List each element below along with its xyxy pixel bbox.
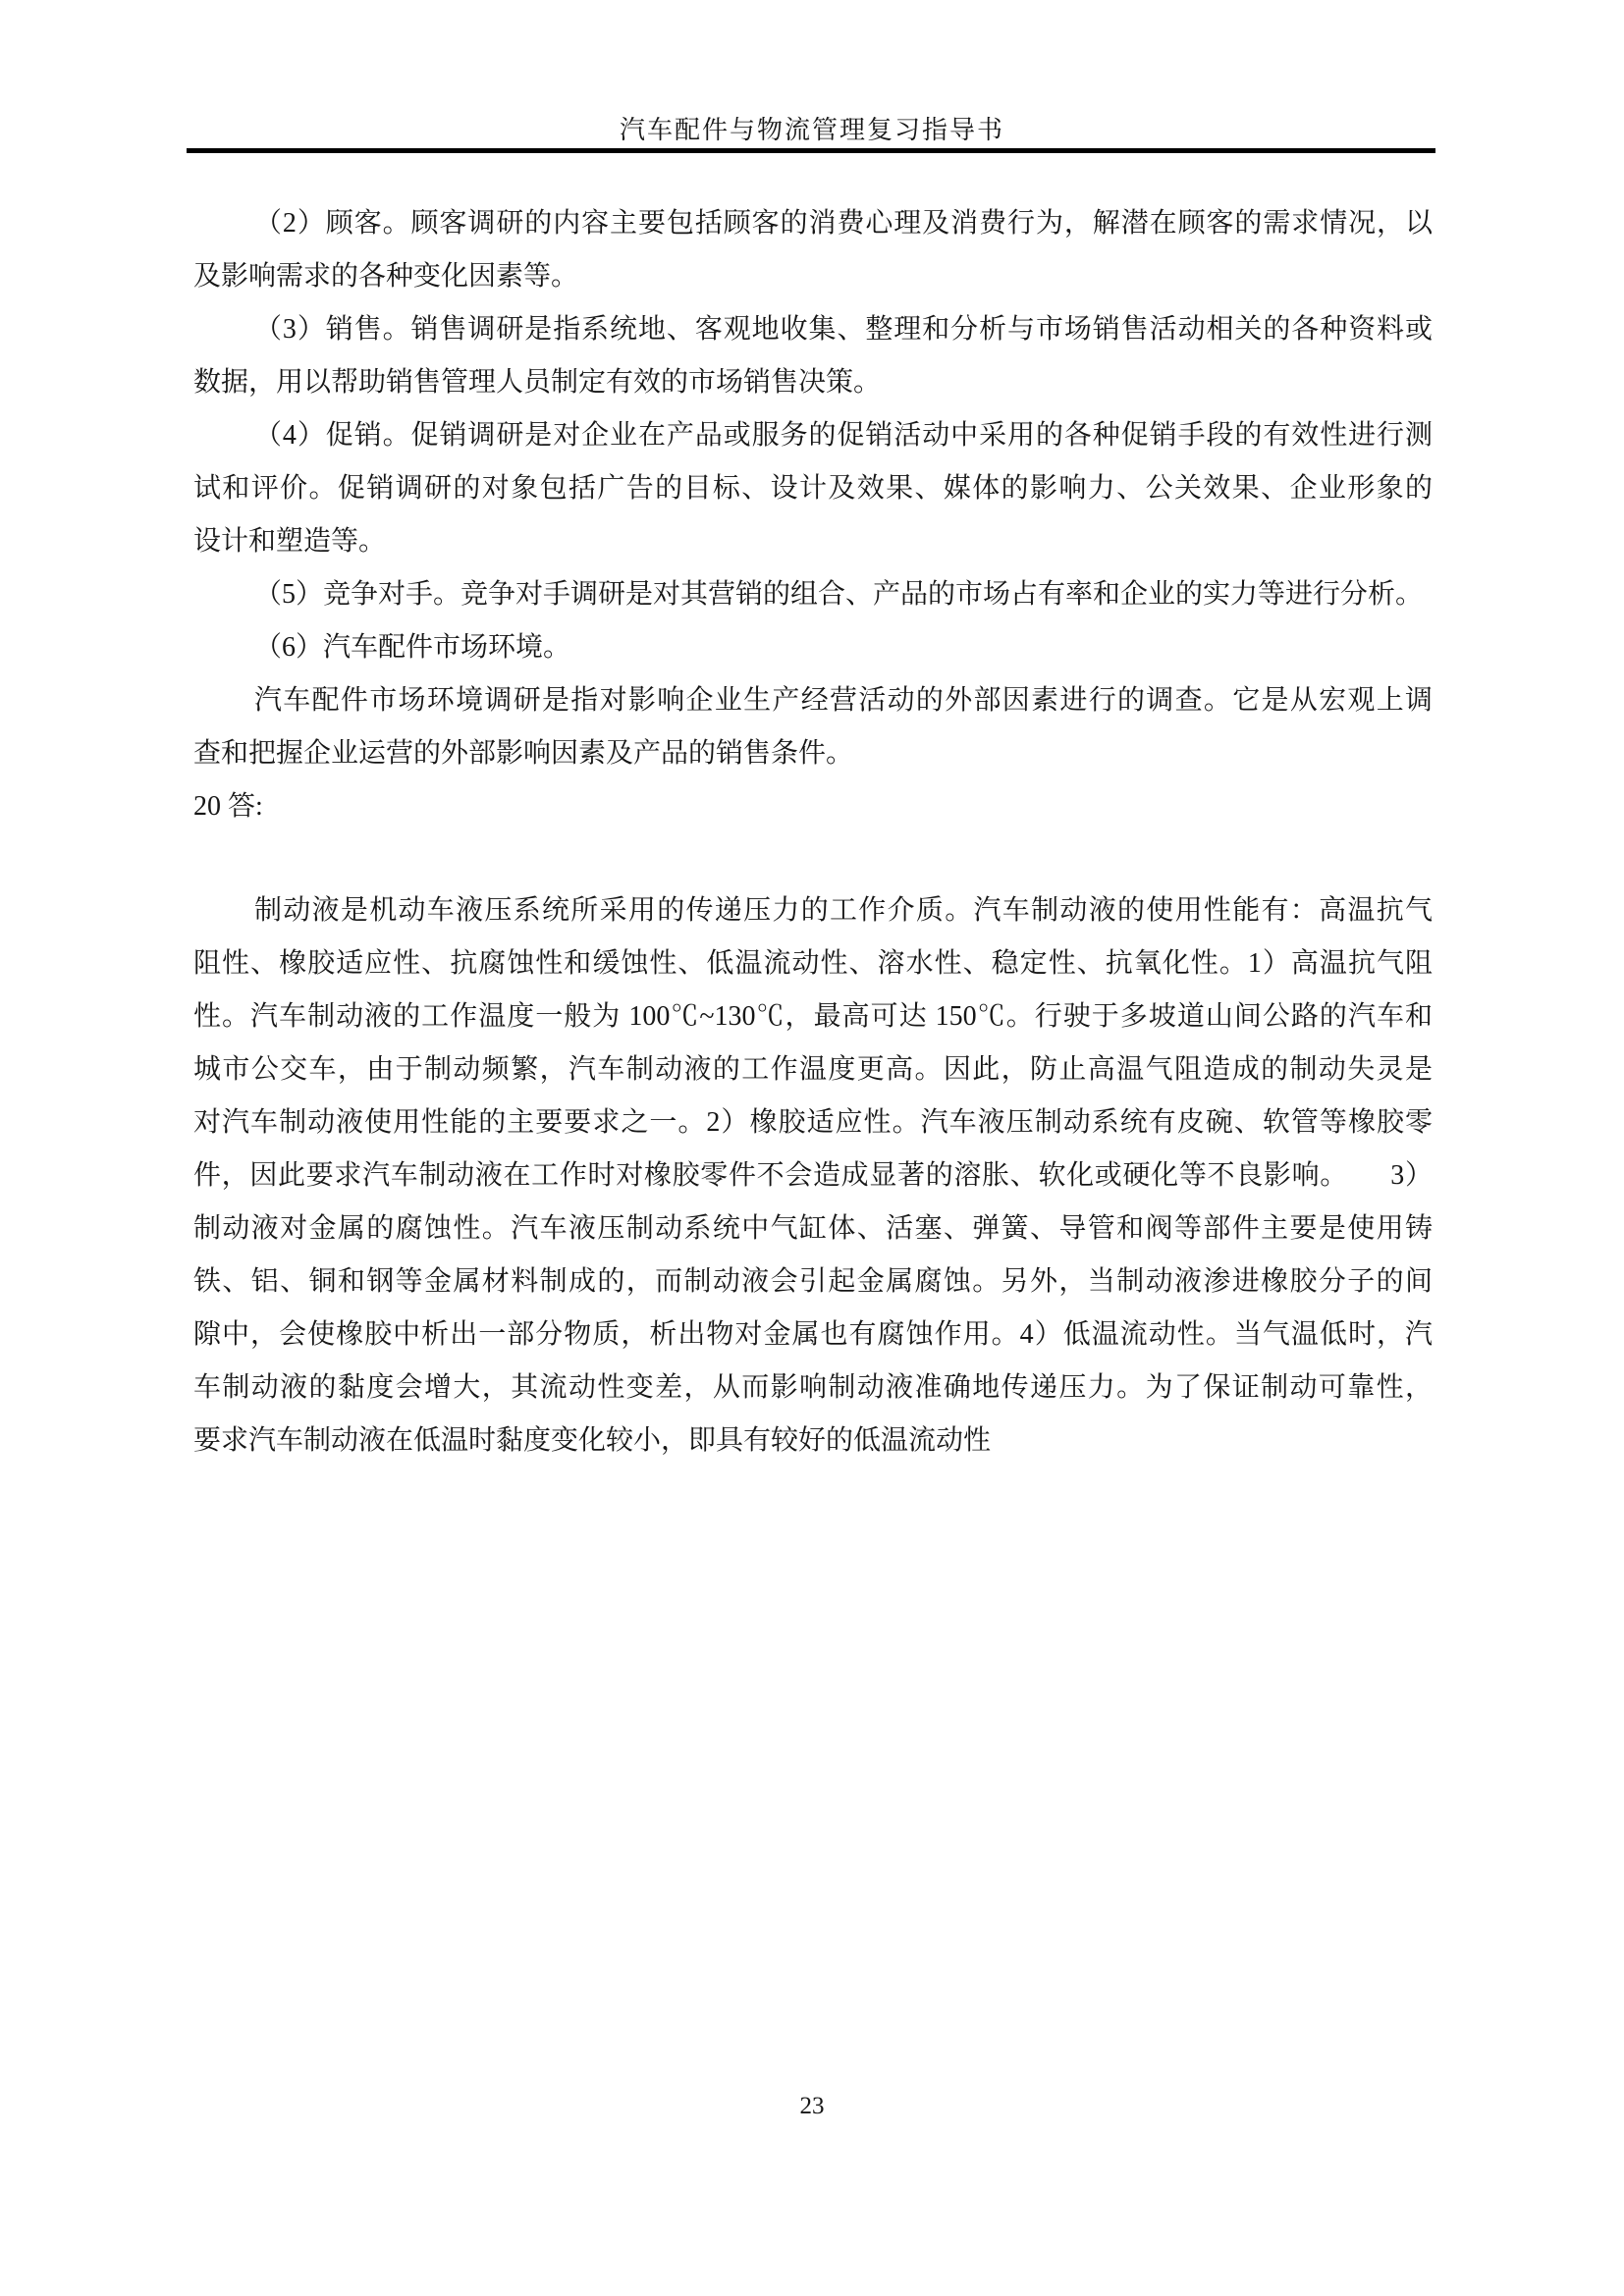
para-item6-market-env: （6）汽车配件市场环境。	[193, 621, 1433, 674]
text-line: 20 答:	[193, 780, 1433, 833]
header-rule	[187, 148, 1435, 153]
text-line: 性。汽车制动液的工作温度一般为 100℃~130℃，最高可达 150℃。行驶于多…	[193, 990, 1433, 1043]
text-line: 对汽车制动液使用性能的主要要求之一。2）橡胶适应性。汽车液压制动系统有皮碗、软管…	[193, 1096, 1433, 1149]
text-line: 制动液是机动车液压系统所采用的传递压力的工作介质。汽车制动液的使用性能有：高温抗…	[193, 884, 1433, 937]
para-item5-competitor: （5）竞争对手。竞争对手调研是对其营销的组合、产品的市场占有率和企业的实力等进行…	[193, 568, 1433, 621]
text-line: （4）促销。促销调研是对企业在产品或服务的促销活动中采用的各种促销手段的有效性进…	[193, 409, 1433, 462]
page-number: 23	[0, 2093, 1624, 2120]
text-line: 数据，用以帮助销售管理人员制定有效的市场销售决策。	[193, 356, 1433, 409]
text-line: 试和评价。促销调研的对象包括广告的目标、设计及效果、媒体的影响力、公关效果、企业…	[193, 462, 1433, 515]
text-line: 铁、铝、铜和钢等金属材料制成的，而制动液会引起金属腐蚀。另外，当制动液渗进橡胶分…	[193, 1255, 1433, 1308]
para-item3-sales: （3）销售。销售调研是指系统地、客观地收集、整理和分析与市场销售活动相关的各种资…	[193, 303, 1433, 409]
text-line: 查和把握企业运营的外部影响因素及产品的销售条件。	[193, 727, 1433, 780]
para-item2-customer: （2）顾客。顾客调研的内容主要包括顾客的消费心理及消费行为，解潜在顾客的需求情况…	[193, 197, 1433, 303]
text-line: （6）汽车配件市场环境。	[193, 621, 1433, 674]
text-line: 要求汽车制动液在低温时黏度变化较小，即具有较好的低温流动性	[193, 1415, 1433, 1468]
text-line: （5）竞争对手。竞争对手调研是对其营销的组合、产品的市场占有率和企业的实力等进行…	[193, 568, 1433, 621]
text-line: （2）顾客。顾客调研的内容主要包括顾客的消费心理及消费行为，解潜在顾客的需求情况…	[193, 197, 1433, 250]
text-line: 车制动液的黏度会增大，其流动性变差，从而影响制动液准确地传递压力。为了保证制动可…	[193, 1362, 1433, 1415]
text-line: 设计和塑造等。	[193, 515, 1433, 568]
page-header-title: 汽车配件与物流管理复习指导书	[0, 110, 1624, 146]
text-line: 及影响需求的各种变化因素等。	[193, 250, 1433, 303]
para-answer20-label: 20 答:	[193, 780, 1433, 833]
text-line: 阻性、橡胶适应性、抗腐蚀性和缓蚀性、低温流动性、溶水性、稳定性、抗氧化性。1）高…	[193, 937, 1433, 990]
text-line: 隙中，会使橡胶中析出一部分物质，析出物对金属也有腐蚀作用。4）低温流动性。当气温…	[193, 1308, 1433, 1362]
para-answer20-body: 制动液是机动车液压系统所采用的传递压力的工作介质。汽车制动液的使用性能有：高温抗…	[193, 884, 1433, 1468]
text-line: 汽车配件市场环境调研是指对影响企业生产经营活动的外部因素进行的调查。它是从宏观上…	[193, 674, 1433, 727]
document-body: （2）顾客。顾客调研的内容主要包括顾客的消费心理及消费行为，解潜在顾客的需求情况…	[193, 197, 1433, 1468]
text-line: 件，因此要求汽车制动液在工作时对橡胶零件不会造成显著的溶胀、软化或硬化等不良影响…	[193, 1149, 1433, 1202]
text-line: 制动液对金属的腐蚀性。汽车液压制动系统中气缸体、活塞、弹簧、导管和阀等部件主要是…	[193, 1202, 1433, 1255]
text-line: 城市公交车，由于制动频繁，汽车制动液的工作温度更高。因此，防止高温气阻造成的制动…	[193, 1043, 1433, 1096]
document-page: 汽车配件与物流管理复习指导书 （2）顾客。顾客调研的内容主要包括顾客的消费心理及…	[0, 0, 1624, 2296]
para-market-env-detail: 汽车配件市场环境调研是指对影响企业生产经营活动的外部因素进行的调查。它是从宏观上…	[193, 674, 1433, 780]
para-item4-promotion: （4）促销。促销调研是对企业在产品或服务的促销活动中采用的各种促销手段的有效性进…	[193, 409, 1433, 568]
text-line: （3）销售。销售调研是指系统地、客观地收集、整理和分析与市场销售活动相关的各种资…	[193, 303, 1433, 356]
